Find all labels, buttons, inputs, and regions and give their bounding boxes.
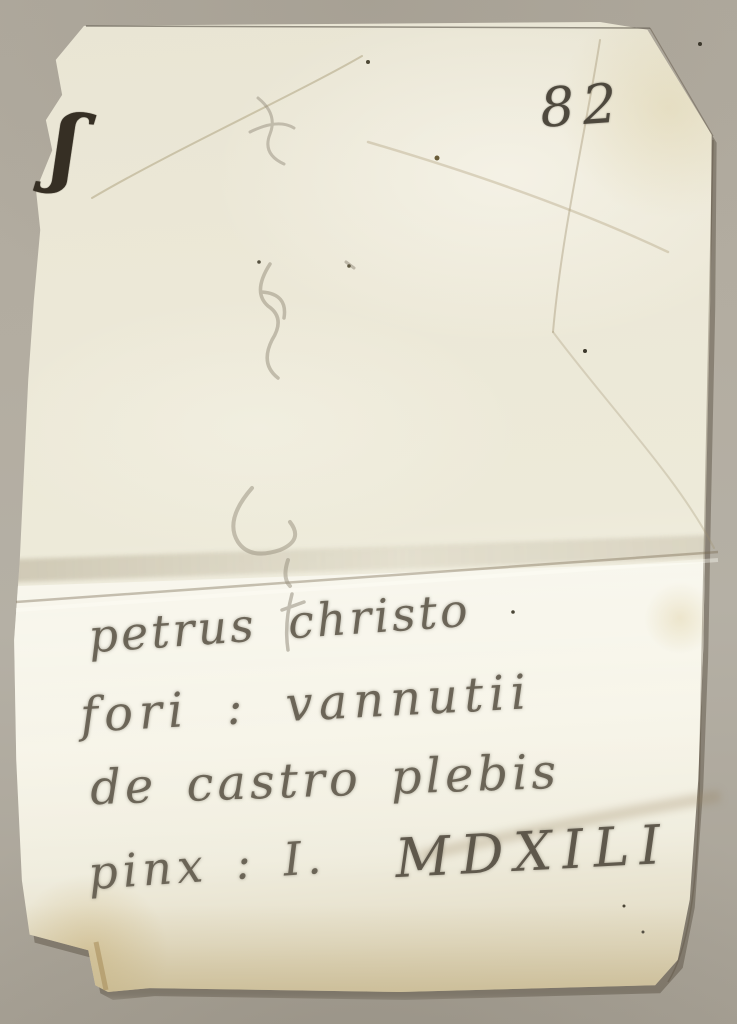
archival-photo: 82 ʃ petrus christo fori : vannutii de c…	[0, 0, 737, 1024]
bottom-aging-band	[12, 905, 718, 992]
page-number: 82	[538, 71, 627, 140]
ink-speck	[698, 42, 702, 46]
